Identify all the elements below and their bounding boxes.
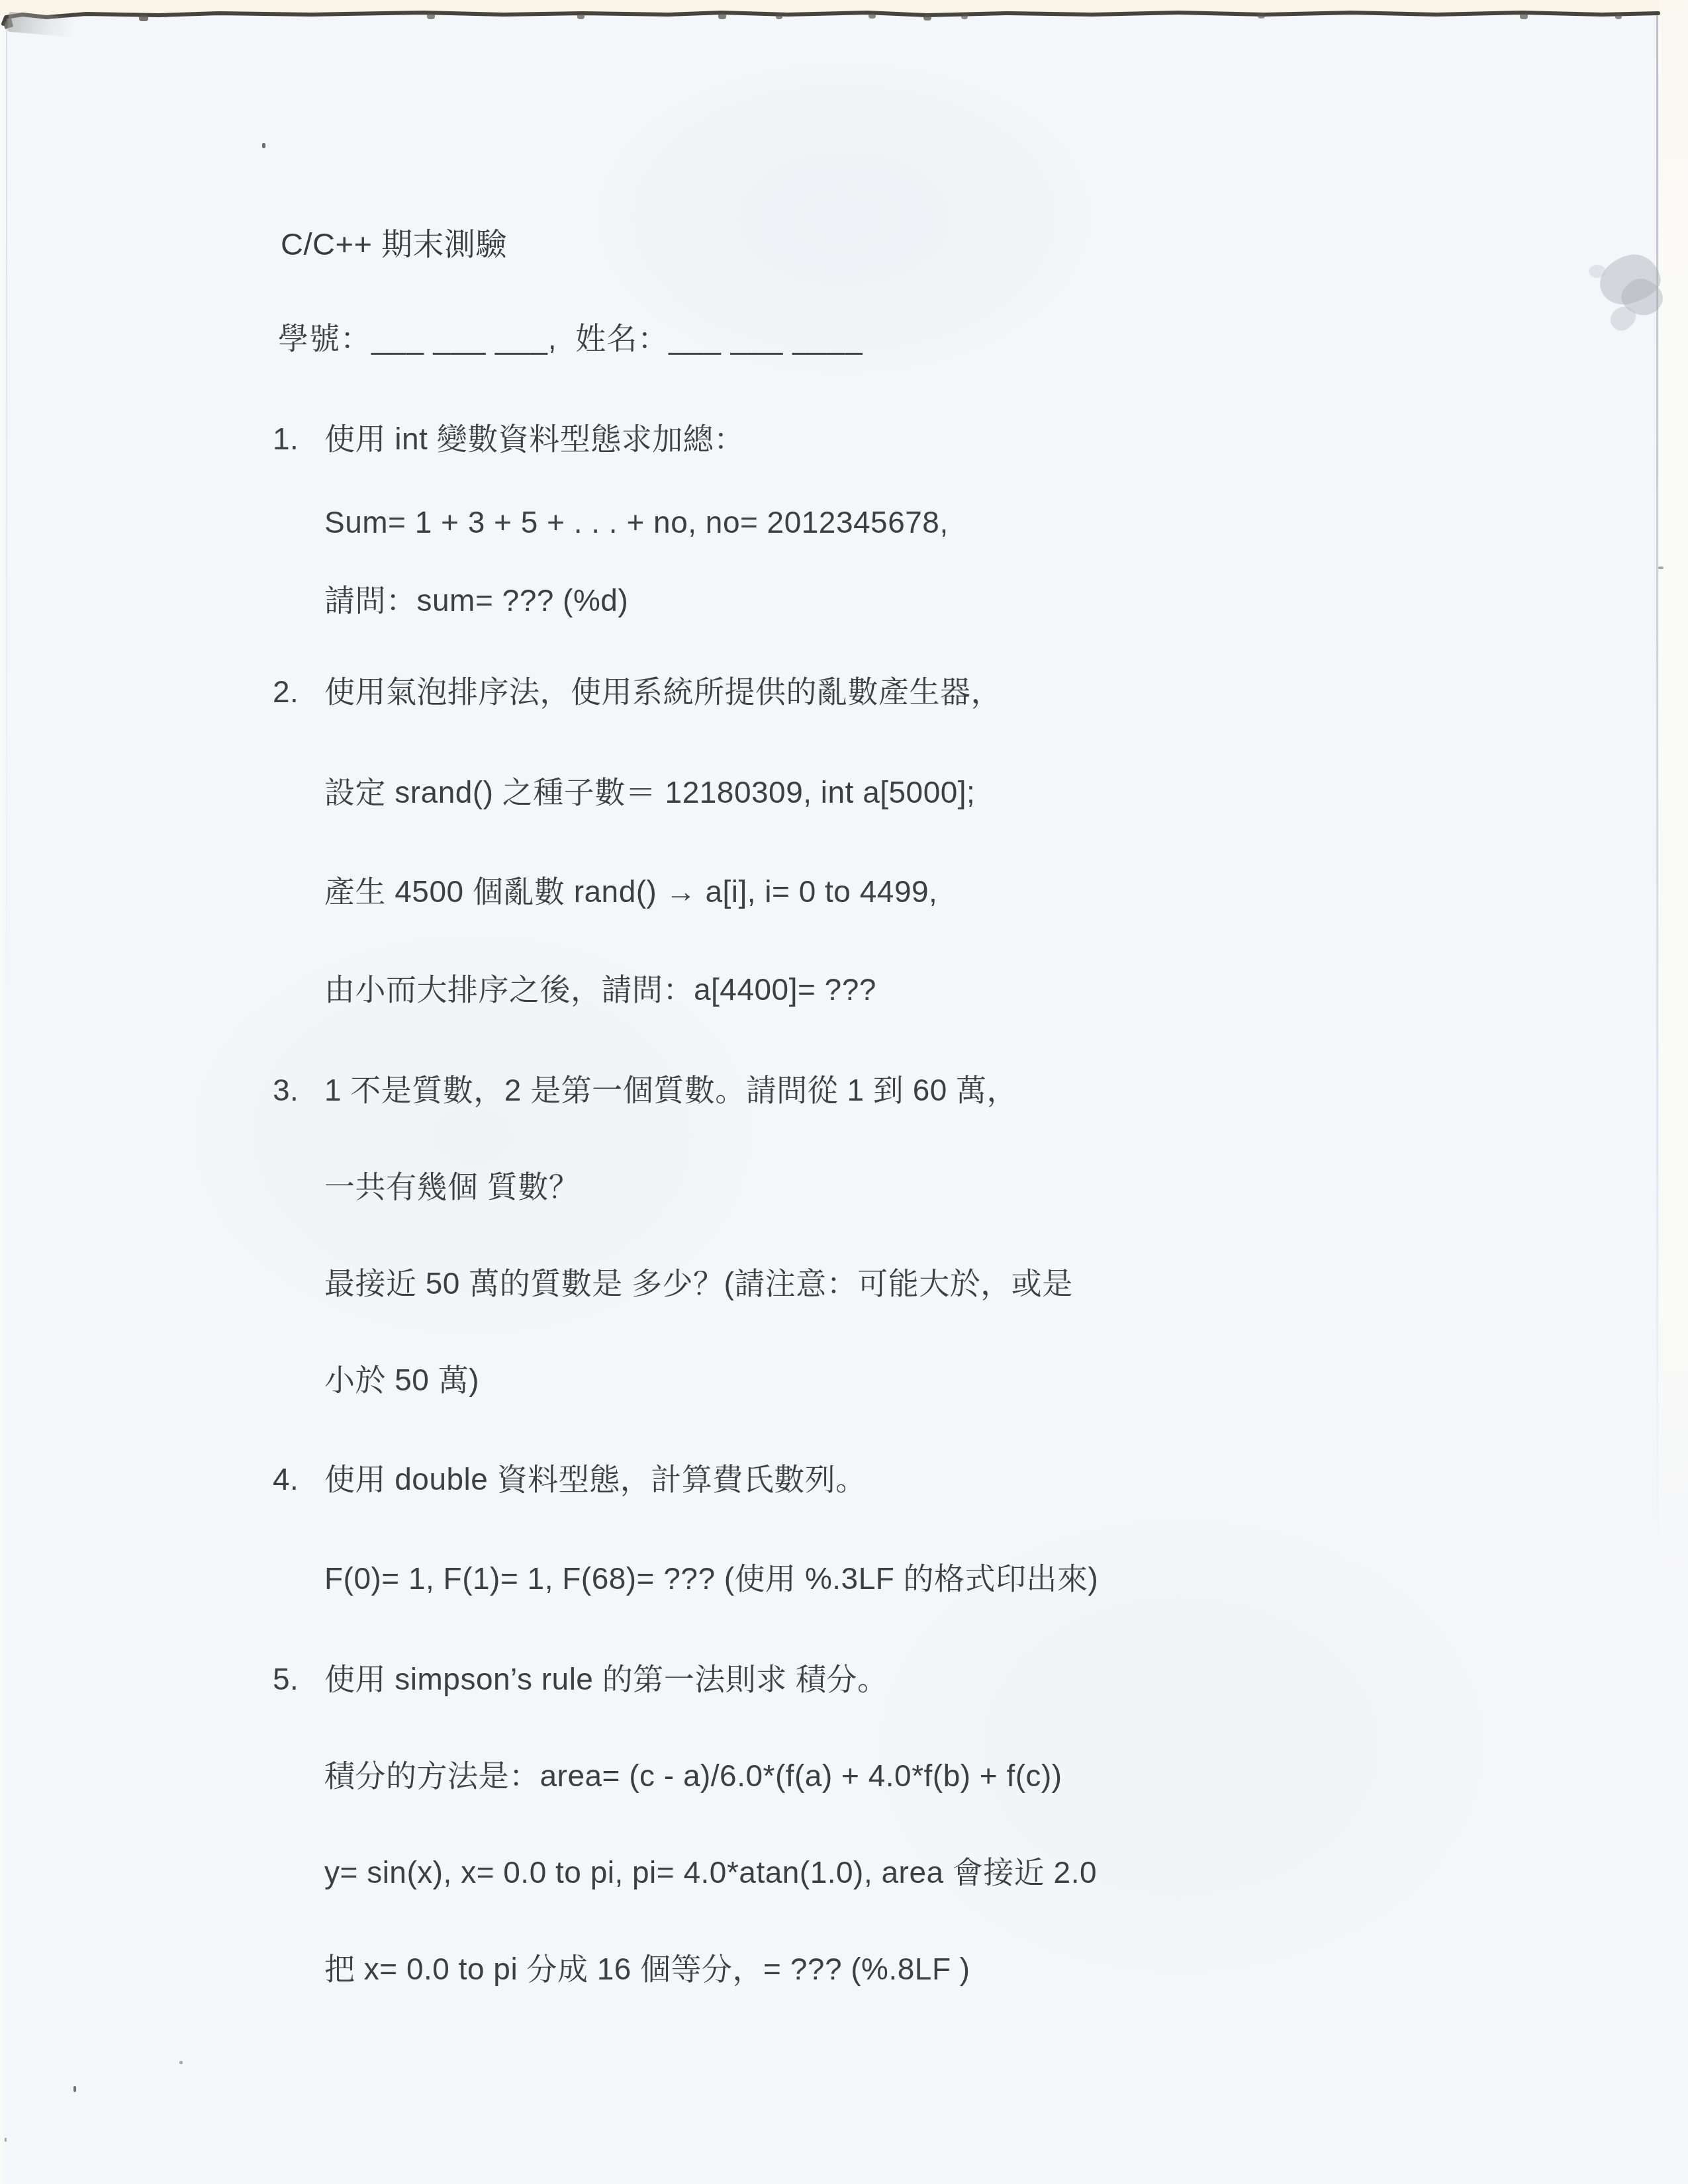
question-5-number: 5. (273, 1660, 324, 1698)
question-2-line-1: 2.使用氣泡排序法，使用系統所提供的亂數產生器， (273, 672, 1002, 711)
dust-speck (1658, 567, 1664, 569)
question-5-line-4: 把 x= 0.0 to pi 分成 16 個等分，= ??? (%.8LF ) (324, 1950, 970, 1988)
question-3-line-4: 小於 50 萬) (324, 1361, 479, 1399)
paper-left-edge (0, 16, 5, 2184)
question-3-number: 3. (273, 1071, 324, 1109)
question-5-text: 使用 simpson’s rule 的第一法則求 積分。 (324, 1662, 888, 1696)
question-5-line-1: 5.使用 simpson’s rule 的第一法則求 積分。 (273, 1660, 888, 1698)
question-2-number: 2. (273, 672, 324, 711)
dust-speck (5, 2138, 7, 2142)
paper-sheet: C/C++ 期末測驗 學號：___ ___ ___, 姓名：___ ___ __… (0, 0, 1688, 2184)
question-5-line-3: y= sin(x), x= 0.0 to pi, pi= 4.0*atan(1.… (324, 1853, 1097, 1891)
question-1-line-2: Sum= 1 + 3 + 5 + . . . + no, no= 2012345… (324, 503, 949, 541)
question-5-line-2: 積分的方法是：area= (c - a)/6.0*(f(a) + 4.0*f(b… (324, 1756, 1062, 1795)
paper-right-fold-line (1656, 15, 1658, 1537)
question-2-line-2: 設定 srand() 之種子數＝ 12180309, int a[5000]; (324, 773, 975, 811)
question-1-line-3: 請問：sum= ??? (%d) (324, 581, 628, 619)
dust-speck (179, 2061, 183, 2064)
torn-paper-top-edge (0, 0, 1688, 40)
dust-speck (73, 2086, 76, 2092)
page-title: C/C++ 期末測驗 (281, 225, 507, 263)
paper-left-crease (6, 26, 7, 1019)
question-3-text: 1 不是質數，2 是第一個質數。請問從 1 到 60 萬， (324, 1073, 1017, 1107)
dust-speck (262, 143, 265, 148)
question-3-line-2: 一共有幾個 質數？ (324, 1167, 579, 1206)
question-3-line-3: 最接近 50 萬的質數是 多少？(請注意：可能大於，或是 (324, 1264, 1073, 1302)
question-1-number: 1. (273, 420, 324, 458)
question-1-text: 使用 int 變數資料型態求加總： (324, 422, 745, 456)
question-2-line-4: 由小而大排序之後，請問：a[4400]= ??? (324, 970, 876, 1009)
question-4-number: 4. (273, 1460, 324, 1498)
question-4-line-1: 4.使用 double 資料型態，計算費氏數列。 (273, 1460, 867, 1498)
question-4-text: 使用 double 資料型態，計算費氏數列。 (324, 1462, 867, 1496)
paper-right-margin-fold (1659, 0, 1688, 1621)
student-id-name-line: 學號：___ ___ ___, 姓名：___ ___ ____ (278, 319, 863, 357)
scanned-document-page: { "page": { "title": "C/C++ 期末測驗", "id_l… (0, 0, 1688, 2184)
question-4-line-2: F(0)= 1, F(1)= 1, F(68)= ??? (使用 %.3LF 的… (324, 1559, 1098, 1598)
smudge-mark (1587, 250, 1687, 336)
question-2-text: 使用氣泡排序法，使用系統所提供的亂數產生器， (324, 674, 1002, 709)
question-3-line-1: 3.1 不是質數，2 是第一個質數。請問從 1 到 60 萬， (273, 1071, 1017, 1109)
question-1-line-1: 1.使用 int 變數資料型態求加總： (273, 420, 745, 458)
question-2-line-3: 產生 4500 個亂數 rand() → a[i], i= 0 to 4499, (324, 872, 937, 911)
